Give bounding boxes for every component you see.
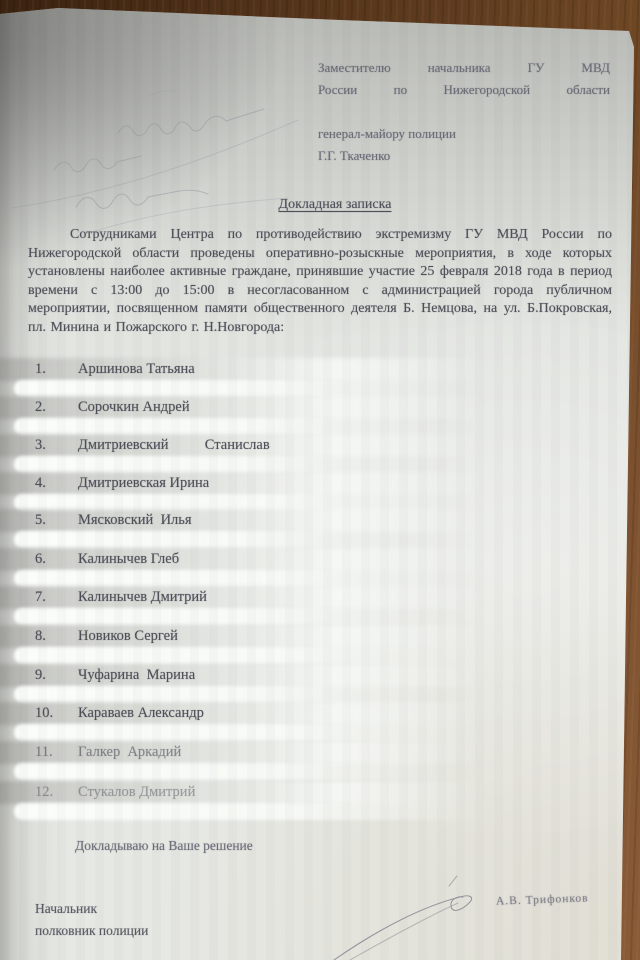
list-item-name: Сорочкин Андрей xyxy=(78,399,190,416)
list-item-number: 8. xyxy=(35,628,46,645)
list-item-name: Новиков Сергей xyxy=(78,628,178,645)
list-item-number: 3. xyxy=(35,437,46,454)
list-item-name: Калинычев Глеб xyxy=(78,551,179,568)
list-item-name: Аршинова Татьяна xyxy=(78,361,195,378)
list-item-name: Галкер Аркадий xyxy=(78,744,181,761)
signer-position: Начальник xyxy=(35,898,148,920)
signer-block: Начальник полковник полиции xyxy=(35,898,148,942)
list-item-number: 4. xyxy=(35,475,46,492)
recipient-name: Г.Г. Ткаченко xyxy=(318,145,610,167)
list-item-number: 7. xyxy=(35,589,46,606)
list-item: 3.Дмитриевский Станислав xyxy=(0,437,610,457)
memo-body: Сотрудниками Центра по противодействию э… xyxy=(28,226,612,338)
redaction-block xyxy=(14,418,466,435)
list-item-name: Дмитриевский Станислав xyxy=(78,437,270,454)
redaction-block xyxy=(14,686,460,703)
list-item-number: 6. xyxy=(35,551,46,568)
list-item-number: 1. xyxy=(35,361,46,378)
list-item-name: Дмитриевская Ирина xyxy=(78,475,209,492)
redaction-block xyxy=(14,647,502,664)
paper-sheet: Заместителю начальника ГУ МВД России по … xyxy=(0,0,640,960)
list-item-name: Калинычев Дмитрий xyxy=(78,589,207,606)
list-item: 6.Калинычев Глеб xyxy=(0,551,610,571)
redaction-block xyxy=(14,724,506,741)
recipient-block: Заместителю начальника ГУ МВД России по … xyxy=(318,57,610,167)
list-item-number: 9. xyxy=(35,667,46,684)
list-item-name: Стукалов Дмитрий xyxy=(78,784,195,801)
list-item: 4.Дмитриевская Ирина xyxy=(0,475,610,495)
signer-rank: полковник полиции xyxy=(35,920,148,942)
redaction-block xyxy=(14,380,484,397)
redaction-block xyxy=(14,803,512,820)
list-item-name: Мясковский Илья xyxy=(78,512,192,529)
photo-of-memo-document: { "document": { "recipient": { "line1": … xyxy=(0,0,640,960)
list-item-number: 11. xyxy=(35,744,53,761)
list-item-number: 12. xyxy=(35,784,53,801)
list-item-number: 5. xyxy=(35,512,46,529)
list-item: 11.Галкер Аркадий xyxy=(0,744,610,764)
recipient-line: России по Нижегородской области xyxy=(318,79,610,101)
redaction-block xyxy=(14,608,458,625)
memo-title: Докладная записка xyxy=(43,197,627,213)
list-item-name: Чуфарина Марина xyxy=(78,667,195,684)
list-item: 8.Новиков Сергей xyxy=(0,628,610,648)
list-item-number: 2. xyxy=(35,399,46,416)
list-item: 7.Калинычев Дмитрий xyxy=(0,589,610,609)
signer-name: А.В. Трифонков xyxy=(496,892,589,907)
list-item: 2.Сорочкин Андрей xyxy=(0,399,610,419)
recipient-line: Заместителю начальника ГУ МВД xyxy=(318,57,610,79)
list-item: 12.Стукалов Дмитрий xyxy=(0,784,610,804)
redaction-block xyxy=(14,531,432,548)
list-item: 9.Чуфарина Марина xyxy=(0,667,610,687)
list-item: 10.Караваев Александр xyxy=(0,705,610,725)
list-item-name: Караваев Александр xyxy=(78,705,204,722)
list-item: 1.Аршинова Татьяна xyxy=(0,361,610,381)
redaction-block xyxy=(14,763,484,780)
list-item: 5.Мясковский Илья xyxy=(0,512,610,532)
redaction-block xyxy=(14,456,444,473)
recipient-rank: генерал-майору полиции xyxy=(318,123,610,145)
closing-line: Докладываю на Ваше решение xyxy=(75,838,253,854)
redaction-block xyxy=(14,570,480,587)
list-item-number: 10. xyxy=(35,705,53,722)
